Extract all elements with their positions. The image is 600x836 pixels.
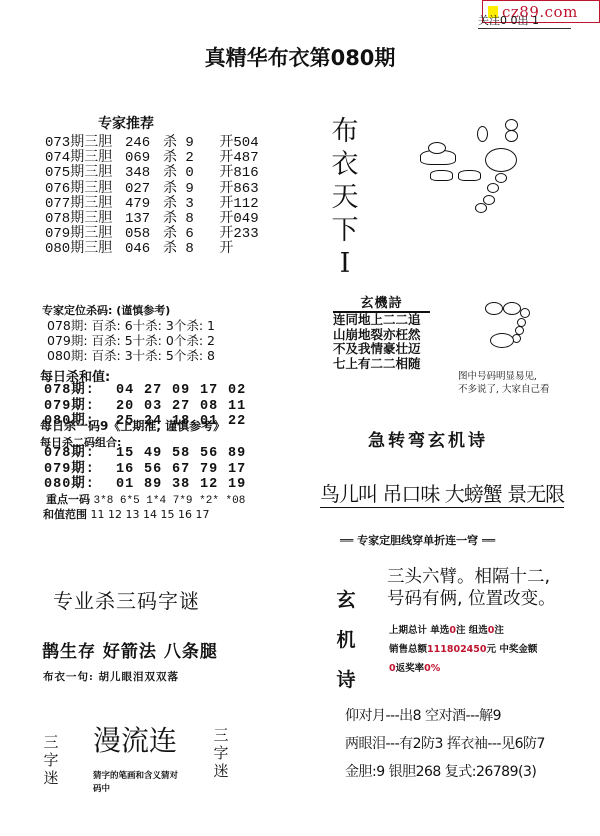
key-code-row: 重点一码 3*8 6*5 1*4 7*9 *2* *08 (46, 491, 245, 507)
kill-three-line: 鹊生存 好箭法 八条腿 (42, 637, 218, 662)
riddle-line: 鸟儿叫 吊口味 大螃蟹 景无限 (320, 478, 564, 508)
position-kill-heading: 专家定位杀码: (谨慎参考) (42, 302, 170, 318)
key-code-label: 重点一码 (46, 493, 90, 506)
table-row: 078期三胆137杀 8开049 (45, 212, 259, 227)
side-label-left: 三 字 迷 (42, 733, 60, 787)
table-row: 073期三胆246杀 9开504 (45, 136, 259, 151)
table-row: 080期三胆046杀 8开 (45, 242, 259, 257)
kill-three-heading: 专业杀三码字谜 (53, 585, 200, 614)
coin-chain-illustration (485, 298, 555, 358)
table-row: 079期:1656677917 (44, 462, 256, 478)
image-hint: 图中号码明显易见, 不多说了, 大家自己看 (458, 370, 550, 396)
list-item: 079期: 百杀: 5十杀: 0个杀: 2 (47, 333, 215, 348)
list-item: 两眼泪---有2防3 挥衣袖---见6防7 (345, 730, 545, 758)
poem-line: 七上有二二相随 (333, 357, 430, 372)
expert-rec-table: 073期三胆246杀 9开504 074期三胆069杀 2开487 075期三胆… (45, 136, 259, 258)
stats-line-1: 上期总计 单选0注 组选0注 (389, 621, 537, 640)
poem-line: 山崩地裂亦枉然 (333, 328, 430, 343)
coin-icon (503, 302, 521, 315)
table-row: 079期:2003270811 (44, 399, 256, 415)
coin-icon (485, 148, 517, 172)
daily-kill-two-table: 078期:1549585689 079期:1656677917 080期:018… (44, 446, 256, 493)
coin-icon (487, 183, 499, 193)
sum-range-values: 11 12 13 14 15 16 17 (91, 508, 210, 521)
table-row: 078期:1549585689 (44, 446, 256, 462)
divider: ══ (340, 534, 353, 547)
page-title: 真精华布衣第080期 (0, 42, 600, 72)
list-item: 金胆:9 银胆268 复式:26789(3) (345, 758, 545, 786)
riddle-heading: 急转弯玄机诗 (368, 426, 488, 451)
stats-line-3: 0返奖率0% (389, 659, 537, 678)
coin-icon (485, 302, 503, 315)
sum-range-row: 和值范围 11 12 13 14 15 16 17 (43, 506, 209, 522)
dan-heading: ══ 专家定胆线穿单折连一穹 ══ (340, 532, 495, 548)
sales-stats: 上期总计 单选0注 组选0注 销售总额111802450元 中奖金额 0返奖率0… (389, 621, 537, 678)
coin-icon (490, 333, 514, 348)
xuan-ji-shi-vertical: 玄 机 诗 (334, 580, 358, 700)
expert-rec-heading: 专家推荐 (98, 113, 154, 133)
coin-icon (495, 173, 507, 183)
coin-icon (477, 126, 488, 142)
list-item: 080期: 百杀: 3十杀: 5个杀: 8 (47, 348, 215, 363)
sum-range-label: 和值范围 (43, 508, 87, 521)
poem-line: 连同地上二二追 (333, 313, 430, 328)
daily-kill-one: 每日杀一码9《上期准, 谨慎参考》 (40, 417, 225, 434)
position-kill-list: 078期: 百杀: 6十杀: 3个杀: 1 079期: 百杀: 5十杀: 0个杀… (47, 318, 215, 363)
buyi-sentence: 布衣一句: 胡儿眼泪双双落 (43, 669, 179, 684)
ingot-coin-illustration (415, 125, 535, 210)
vertical-title: 布 衣 天 下 I (328, 115, 362, 280)
ingot-icon (430, 170, 453, 181)
poem-title: 玄機詩 (333, 292, 430, 313)
poem2: 三头六臂。相隔十二, 号码有俩, 位置改变。 (387, 566, 556, 610)
table-row: 078期:0427091702 (44, 383, 256, 399)
coin-icon (520, 308, 530, 318)
list-item: 078期: 百杀: 6十杀: 3个杀: 1 (47, 318, 215, 333)
word-puzzle-hint: 猜字的笔画和含义猜对码中 (93, 770, 178, 796)
table-row: 077期三胆479杀 3开112 (45, 197, 259, 212)
coin-icon (475, 203, 487, 213)
list-item: 仰对月---出8 空对酒---解9 (345, 702, 545, 730)
table-row: 075期三胆348杀 0开816 (45, 166, 259, 181)
poem-line: 不及我情豪壮迈 (333, 342, 430, 357)
ingot-top-icon (428, 142, 446, 154)
word-puzzle-big: 漫流连 (93, 719, 177, 759)
hint-lines: 仰对月---出8 空对酒---解9 两眼泪---有2防3 挥衣袖---见6防7 … (345, 702, 545, 786)
ingot-icon (458, 170, 481, 181)
table-row: 076期三胆027杀 9开863 (45, 182, 259, 197)
coin-icon (505, 130, 518, 142)
follow-label: 关注0 0出 1 (478, 14, 571, 29)
divider: ══ (482, 534, 495, 547)
mystery-poem: 玄機詩 连同地上二二追 山崩地裂亦枉然 不及我情豪壮迈 七上有二二相随 (333, 292, 430, 371)
side-label-right: 三 字 迷 (212, 726, 230, 780)
stats-line-2: 销售总额111802450元 中奖金额 (389, 640, 537, 659)
